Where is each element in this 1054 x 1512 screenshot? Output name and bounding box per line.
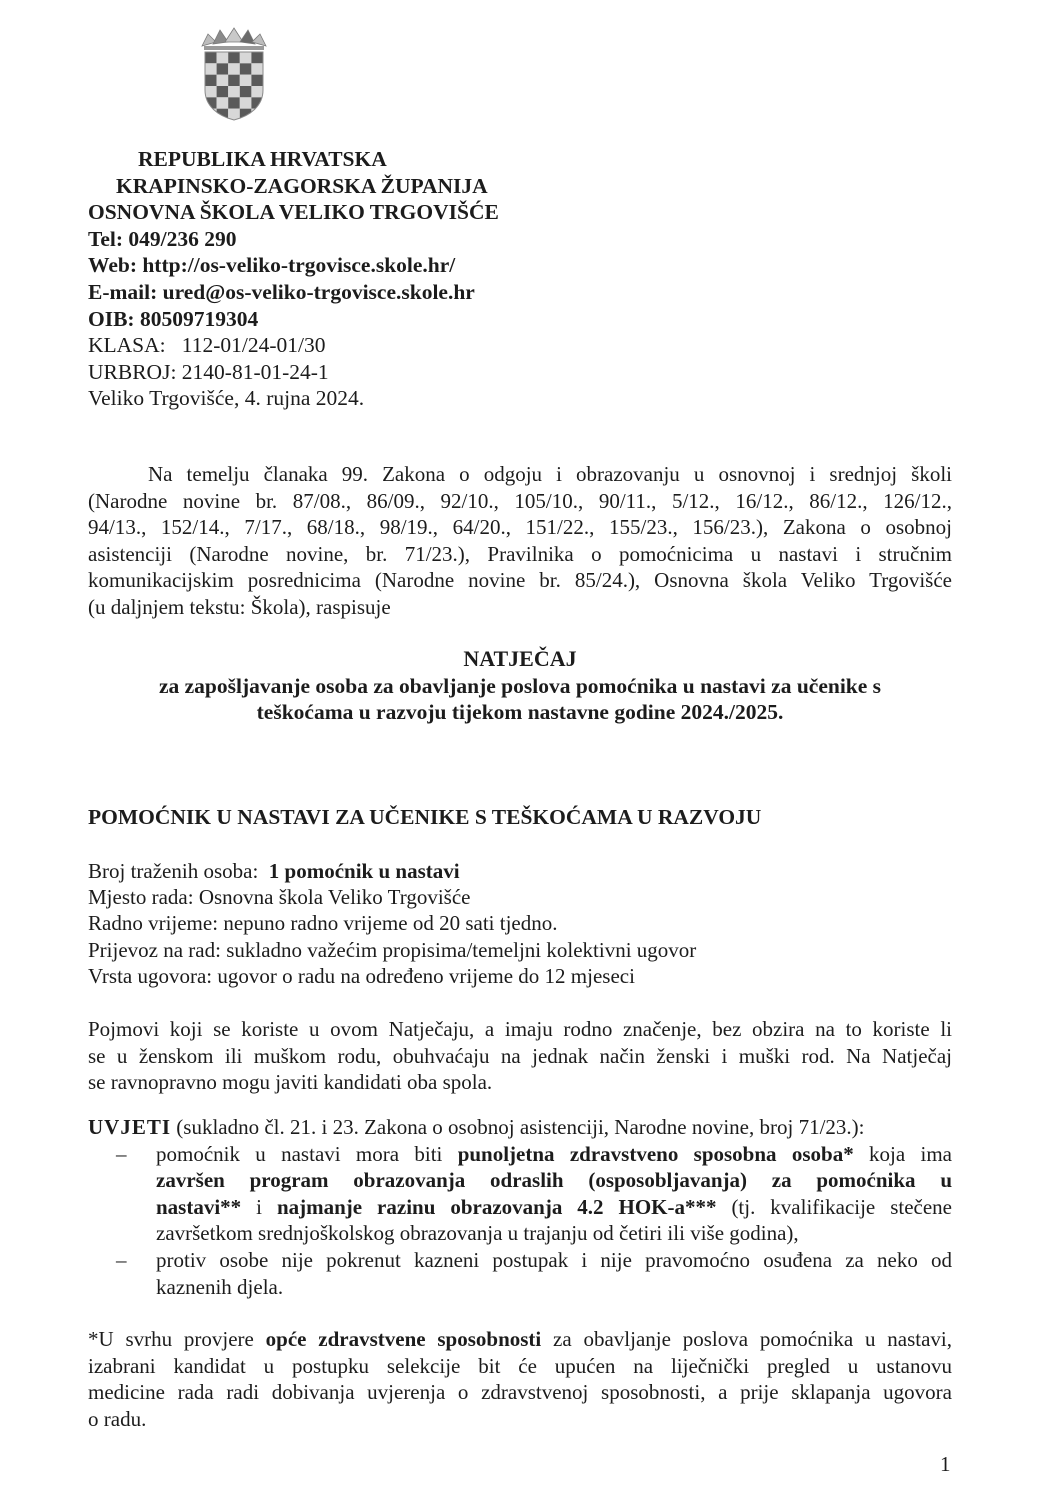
condition-line: protiv osobe nije pokrenut kazneni postu… [156,1247,952,1274]
dash-bullet-icon: – [116,1247,127,1274]
intro-paragraph: Na temelju članaka 99. Zakona o odgoju i… [88,461,952,621]
intro-line: komunikacijskim posrednicima (Narodne no… [88,567,952,594]
school-web: Web: http://os-veliko-trgovisce.skole.hr… [88,252,499,279]
fact-label: Mjesto rada: [88,885,199,909]
fact-label: Vrsta ugovora: [88,964,217,988]
klasa: KLASA: 112-01/24-01/30 [88,332,499,359]
footnote-line: medicine rada radi dobivanja uvjerenja o… [88,1379,952,1406]
text-bold: punoljetna zdravstveno sposobna osoba* [458,1142,854,1166]
fact-contract: Vrsta ugovora: ugovor o radu na određeno… [88,963,696,989]
condition-line: završen program obrazovanja odraslih (os… [156,1167,952,1194]
intro-line: (Narodne novine br. 87/08., 86/09., 92/1… [88,488,952,515]
gender-note-line: se u ženskom ili muškom rodu, obuhvaćaju… [88,1043,952,1070]
text: pomoćnik u nastavi mora biti [156,1142,458,1166]
condition-line: kaznenih djela. [156,1274,952,1301]
position-heading: POMOĆNIK U NASTAVI ZA UČENIKE S TEŠKOĆAM… [88,805,761,830]
dash-bullet-icon: – [116,1141,127,1168]
text: *U svrhu provjere [88,1327,266,1351]
text-bold: najmanje razinu obrazovanja 4.2 HOK-a*** [277,1195,717,1219]
footnote-line: *U svrhu provjere opće zdravstvene sposo… [88,1326,952,1353]
croatian-coat-of-arms-icon [198,22,270,122]
urbroj: URBROJ: 2140-81-01-24-1 [88,359,499,386]
fact-label: Radno vrijeme: [88,911,223,935]
fact-hours: Radno vrijeme: nepuno radno vrijeme od 2… [88,910,696,936]
fact-value: 1 pomoćnik u nastavi [269,859,460,883]
gender-note-paragraph: Pojmovi koji se koriste u ovom Natječaju… [88,1016,952,1096]
condition-item: – protiv osobe nije pokrenut kazneni pos… [88,1247,952,1300]
title-subline: za zapošljavanje osoba za obavljanje pos… [88,673,952,700]
fact-value: Osnovna škola Veliko Trgovišće [199,885,471,909]
fact-label: Broj traženih osoba: [88,859,269,883]
fact-value: ugovor o radu na određeno vrijeme do 12 … [217,964,635,988]
text: za obavljanje poslova pomoćnika u nastav… [541,1327,952,1351]
text-bold: nastavi** [156,1195,241,1219]
school-name: OSNOVNA ŠKOLA VELIKO TRGOVIŠĆE [88,199,499,226]
condition-line: završetkom srednjoškolskog obrazovanja u… [156,1220,952,1247]
position-facts: Broj traženih osoba: 1 pomoćnik u nastav… [88,858,696,989]
fact-location: Mjesto rada: Osnovna škola Veliko Trgovi… [88,884,696,910]
fact-value: sukladno važećim propisima/temeljni kole… [226,938,696,962]
fact-count: Broj traženih osoba: 1 pomoćnik u nastav… [88,858,696,884]
footnote-line: o radu. [88,1406,952,1433]
footnote-line: izabrani kandidat u postupku selekcije b… [88,1353,952,1380]
school-oib: OIB: 80509719304 [88,306,499,333]
condition-line: nastavi** i najmanje razinu obrazovanja … [156,1194,952,1221]
page-number: 1 [940,1452,951,1477]
fact-transport: Prijevoz na rad: sukladno važećim propis… [88,937,696,963]
country-name: REPUBLIKA HRVATSKA [88,146,499,173]
county-name: KRAPINSKO-ZAGORSKA ŽUPANIJA [88,173,499,200]
conditions-label: UVJETI [88,1115,171,1139]
conditions-reference: (sukladno čl. 21. i 23. Zakona o osobnoj… [171,1115,864,1139]
school-header: REPUBLIKA HRVATSKA KRAPINSKO-ZAGORSKA ŽU… [88,146,499,412]
document-page: REPUBLIKA HRVATSKA KRAPINSKO-ZAGORSKA ŽU… [0,0,1054,1512]
text: i [241,1195,277,1219]
condition-item: – pomoćnik u nastavi mora biti punoljetn… [88,1141,952,1247]
conditions-heading: UVJETI (sukladno čl. 21. i 23. Zakona o … [88,1114,952,1141]
intro-line: 94/13., 152/14., 7/17., 68/18., 98/19., … [88,514,952,541]
gender-note-line: Pojmovi koji se koriste u ovom Natječaju… [88,1016,952,1043]
condition-line: pomoćnik u nastavi mora biti punoljetna … [156,1141,952,1168]
place-date: Veliko Trgovišće, 4. rujna 2024. [88,385,499,412]
intro-line: Na temelju članaka 99. Zakona o odgoju i… [88,461,952,488]
text: (tj. kvalifikacije stečene [716,1195,952,1219]
text: koja ima [854,1142,952,1166]
title-heading: NATJEČAJ [88,646,952,673]
competition-title: NATJEČAJ za zapošljavanje osoba za obavl… [88,646,952,726]
school-phone: Tel: 049/236 290 [88,226,499,253]
gender-note-line: se ravnopravno mogu javiti kandidati oba… [88,1069,952,1096]
title-subline: teškoćama u razvoju tijekom nastavne god… [88,699,952,726]
fact-value: nepuno radno vrijeme od 20 sati tjedno. [223,911,557,935]
conditions-section: UVJETI (sukladno čl. 21. i 23. Zakona o … [88,1114,952,1300]
school-email: E-mail: ured@os-veliko-trgovisce.skole.h… [88,279,499,306]
intro-line: asistenciji (Narodne novine, br. 71/23.)… [88,541,952,568]
intro-line: (u daljnjem tekstu: Škola), raspisuje [88,594,952,621]
fact-label: Prijevoz na rad: [88,938,226,962]
health-footnote: *U svrhu provjere opće zdravstvene sposo… [88,1326,952,1432]
text-bold: opće zdravstvene sposobnosti [266,1327,542,1351]
